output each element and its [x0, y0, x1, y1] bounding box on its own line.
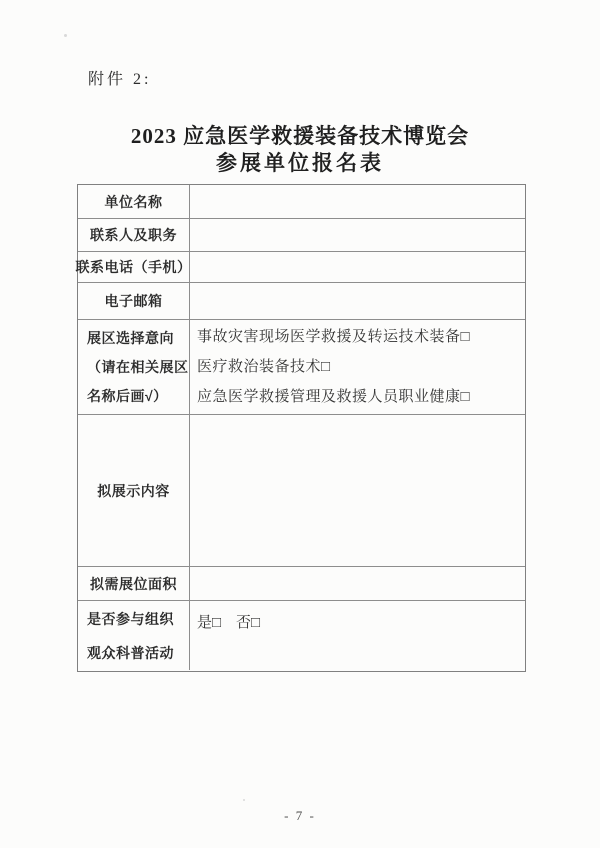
row-label: 联系人及职务 [78, 219, 190, 251]
checkbox-option-medical-treatment: 医疗救治装备技术□ [197, 352, 525, 382]
row-label: 拟展示内容 [78, 415, 190, 566]
table-row-contact-person: 联系人及职务 [78, 219, 525, 252]
table-row-unit-name: 单位名称 [78, 185, 525, 219]
table-row-phone: 联系电话（手机） [78, 252, 525, 283]
row-label: 是否参与组织 观众科普活动 [78, 601, 190, 670]
table-row-science-activity: 是否参与组织 观众科普活动 是□ 否□ [78, 601, 525, 670]
table-row-email: 电子邮箱 [78, 283, 525, 320]
attachment-label: 附件 2: [88, 66, 151, 89]
row-content-empty [190, 415, 525, 566]
row-content-empty [190, 567, 525, 600]
table-row-display-content: 拟展示内容 [78, 415, 525, 567]
row-label-line: 是否参与组织 [87, 602, 174, 636]
row-label-line: 观众科普活动 [87, 636, 174, 670]
page-number: - 7 - [0, 808, 600, 824]
row-content-empty [190, 283, 525, 319]
zone-options: 事故灾害现场医学救援及转运技术装备□ 医疗救治装备技术□ 应急医学救援管理及救援… [190, 320, 525, 414]
row-label: 展区选择意向 （请在相关展区 名称后画√） [78, 320, 190, 414]
row-content-empty [190, 185, 525, 218]
form-title-line1: 2023 应急医学救援装备技术博览会 [0, 123, 600, 150]
scan-artifact-dot [243, 799, 245, 801]
registration-table: 单位名称 联系人及职务 联系电话（手机） 电子邮箱 展区选择意向 （请在相关展区… [77, 184, 526, 672]
table-row-booth-area: 拟需展位面积 [78, 567, 525, 601]
row-content-empty [190, 219, 525, 251]
form-title: 2023 应急医学救援装备技术博览会 参展单位报名表 [0, 123, 600, 177]
checkbox-option-accident-rescue: 事故灾害现场医学救援及转运技术装备□ [197, 322, 525, 352]
form-title-line2: 参展单位报名表 [0, 150, 600, 177]
row-label: 联系电话（手机） [78, 252, 190, 282]
checkbox-option-management-health: 应急医学救援管理及救援人员职业健康□ [197, 382, 525, 412]
row-label-line: 名称后画√） [87, 382, 168, 411]
yes-no-checkboxes: 是□ 否□ [190, 601, 525, 670]
scan-artifact-dot [64, 34, 67, 37]
row-label: 电子邮箱 [78, 283, 190, 319]
row-label: 拟需展位面积 [78, 567, 190, 600]
table-row-zone-selection: 展区选择意向 （请在相关展区 名称后画√） 事故灾害现场医学救援及转运技术装备□… [78, 320, 525, 415]
row-label: 单位名称 [78, 185, 190, 218]
row-label-line: 展区选择意向 [87, 324, 174, 353]
row-content-empty [190, 252, 525, 282]
row-label-line: （请在相关展区 [87, 353, 189, 382]
